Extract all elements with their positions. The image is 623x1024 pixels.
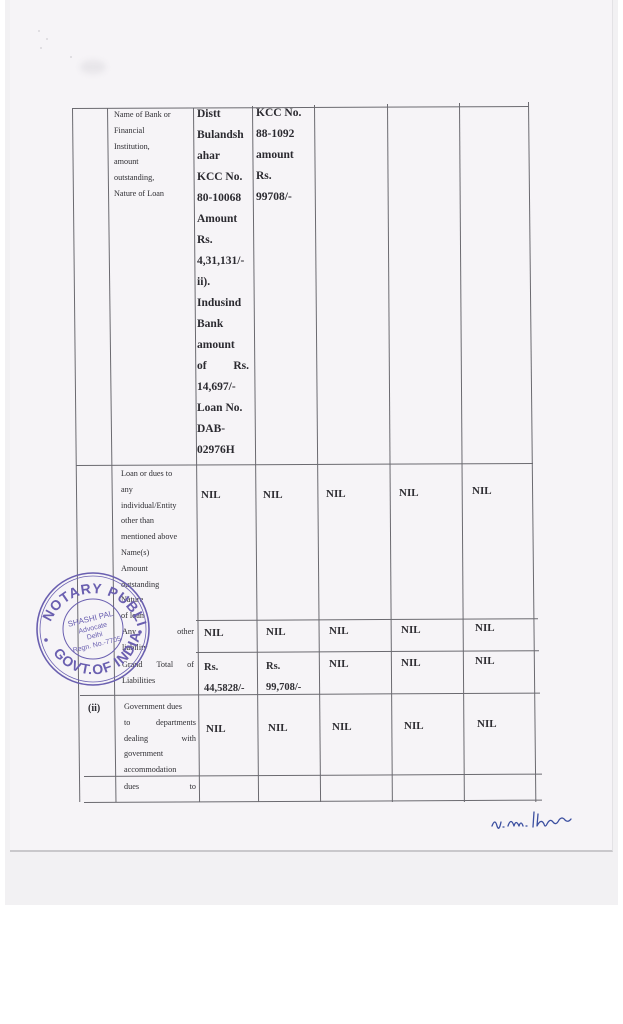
any-other-col4: NIL — [401, 624, 421, 636]
other-loans-col3: NIL — [326, 488, 346, 500]
any-other-col1: NIL — [204, 627, 224, 639]
bank-col2-value: KCC No. 88-1092 amount Rs. 99708/- — [256, 103, 312, 208]
scan-speck — [46, 38, 48, 40]
grand-total-col2: Rs. 99,708/- — [266, 656, 301, 698]
other-loans-col5: NIL — [472, 485, 492, 497]
govt-dues-col3: NIL — [332, 721, 352, 733]
signature — [488, 800, 588, 840]
row-label-bank: Name of Bank or Financial Institution, a… — [114, 107, 188, 202]
govt-dues-col5: NIL — [477, 718, 497, 730]
any-other-col5: NIL — [475, 622, 495, 634]
row-label-dues-to: duesto — [124, 779, 196, 795]
row-label-govt-dues: Government dues todepartments dealingwit… — [124, 699, 196, 778]
other-loans-col1: NIL — [201, 489, 221, 501]
other-loans-col2: NIL — [263, 489, 283, 501]
any-other-col3: NIL — [329, 625, 349, 637]
scan-speck — [40, 47, 42, 49]
any-other-col2: NIL — [266, 626, 286, 638]
govt-dues-col1: NIL — [206, 723, 226, 735]
grand-total-col1: Rs. 44,5828/- — [204, 657, 245, 699]
scan-speck — [38, 30, 40, 32]
other-loans-col4: NIL — [399, 487, 419, 499]
scan-smudge — [80, 60, 106, 74]
grand-total-col3: NIL — [329, 658, 349, 670]
bank-col1-value: Distt Bulandsh ahar KCC No. 80-10068 Amo… — [197, 104, 249, 461]
grand-total-col4: NIL — [401, 657, 421, 669]
serial-number: (ii) — [88, 702, 100, 716]
notary-stamp: NOTARY PUBLIC GOVT.OF INDIA SHASHI PAL A… — [34, 570, 152, 688]
govt-dues-col4: NIL — [404, 720, 424, 732]
grand-total-col5: NIL — [475, 655, 495, 667]
govt-dues-col2: NIL — [268, 722, 288, 734]
scan-speck — [70, 56, 72, 58]
